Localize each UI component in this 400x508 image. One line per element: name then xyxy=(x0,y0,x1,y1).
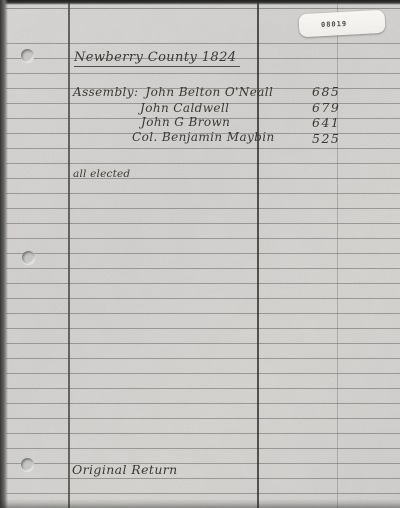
elected-note: all elected xyxy=(73,168,130,180)
entry-row: Col. Benjamin Maybin xyxy=(132,130,275,144)
entry-name: John G Brown xyxy=(141,115,230,129)
entry-row: John G Brown xyxy=(141,115,230,129)
punch-hole-top xyxy=(21,49,34,62)
entry-votes: 679 xyxy=(312,100,340,115)
punch-hole-bottom xyxy=(21,458,34,471)
faint-crease-line xyxy=(337,0,338,508)
reference-sticker: 08019 xyxy=(298,10,385,37)
scan-edge-bottom xyxy=(0,499,400,508)
entry-name: Col. Benjamin Maybin xyxy=(132,130,275,144)
entry-row: John Caldwell xyxy=(140,101,229,115)
entry-votes: 685 xyxy=(312,84,340,99)
vertical-fold-line xyxy=(257,0,259,508)
entry-votes: 525 xyxy=(312,131,340,146)
left-margin-line xyxy=(68,0,70,508)
sticker-number: 08019 xyxy=(321,19,347,28)
scan-edge-left xyxy=(0,0,8,508)
entry-name: John Belton O'Neall xyxy=(145,85,273,99)
entry-name: John Caldwell xyxy=(140,101,229,115)
punch-hole-middle xyxy=(22,251,35,264)
scan-edge-top xyxy=(0,0,400,5)
entry-row: Assembly:John Belton O'Neall xyxy=(73,85,273,99)
top-ruled-line xyxy=(5,8,400,9)
section-label: Assembly: xyxy=(73,85,138,99)
footer-note: Original Return xyxy=(72,462,178,477)
scanned-document-page: 08019 Newberry County 1824 Assembly:John… xyxy=(0,0,400,508)
page-title: Newberry County 1824 xyxy=(74,50,240,67)
entry-votes: 641 xyxy=(312,115,340,130)
